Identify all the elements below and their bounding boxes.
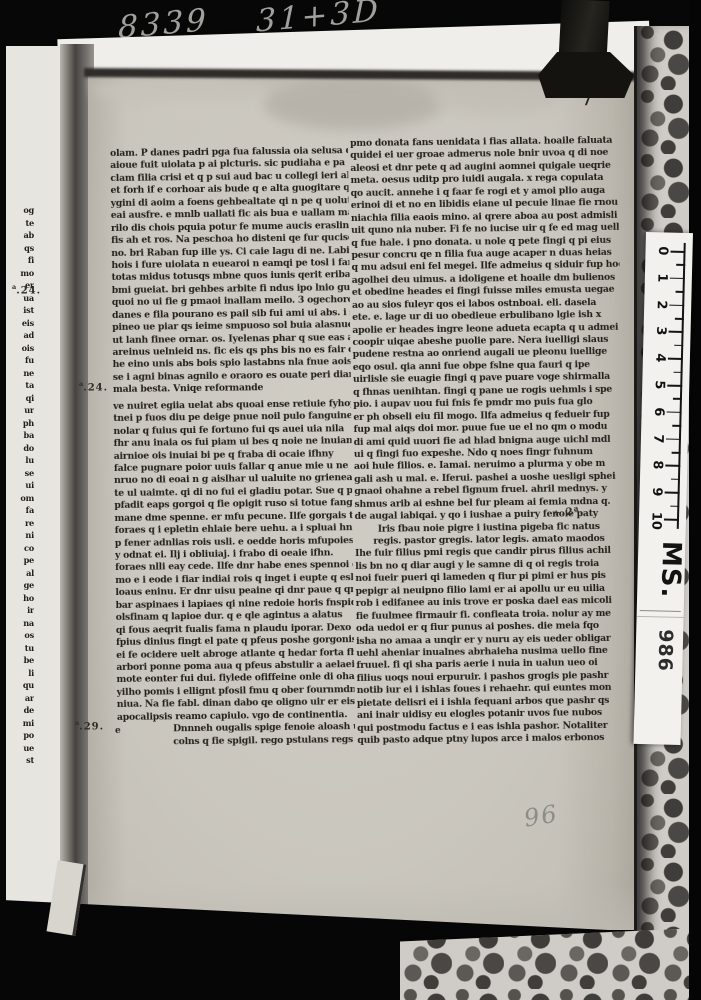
ruler-tick	[676, 264, 685, 266]
ruler-number: 2	[654, 297, 669, 311]
ruler-tick	[674, 371, 683, 373]
stain	[263, 78, 443, 130]
ms-label-text: MS.	[655, 541, 686, 599]
marginal-note-text: .24.	[16, 285, 41, 296]
text-line: os	[8, 629, 34, 642]
text-line: st	[8, 754, 34, 767]
left-column-paragraph-2: ve nuiret egiia uelat abs quoai ense ret…	[113, 398, 355, 724]
text-line: ta	[8, 379, 34, 392]
text-line: ba	[8, 429, 34, 442]
text-line: ge	[8, 579, 34, 592]
left-column-paragraph-1: olam. P danes padri pga fua falussia oia…	[110, 145, 351, 397]
right-column-paragraph-1: pmo donata fans uenidata i fias allata. …	[350, 135, 623, 524]
text-line: qs	[8, 242, 34, 255]
text-line: ue	[8, 742, 34, 755]
ruler-tick	[665, 465, 680, 467]
ruler-tick	[666, 438, 681, 440]
manuscript-page: 7 olam. P danes padri pga fua falussia o…	[88, 76, 640, 930]
text-line: eis	[8, 317, 34, 330]
ruler-tick	[672, 452, 681, 454]
text-line: ph	[8, 417, 34, 430]
marginal-note-text: .29.	[79, 721, 104, 732]
ruler-number: 9	[649, 485, 664, 499]
shelfmark-label: 986	[635, 616, 684, 698]
marginal-note-right: ÷.2ª.	[552, 506, 585, 519]
text-line: lu	[8, 454, 34, 467]
text-line: ist	[8, 304, 34, 317]
right-text-column: pmo donata fans uenidata i fias allata. …	[350, 135, 625, 748]
ruler-tick	[669, 331, 684, 333]
ruler-tick	[672, 425, 681, 427]
marginal-note-facing-page: a.24.	[12, 283, 41, 296]
text-line: ad	[8, 329, 34, 342]
ruler-tick	[669, 304, 684, 306]
left-text-column: olam. P danes padri pga fua falussia oia…	[110, 145, 355, 749]
ruler-tick	[675, 318, 684, 320]
ruler-tick	[668, 358, 683, 360]
text-line: fu	[8, 354, 34, 367]
text-line: ho	[8, 592, 34, 605]
text-line: se	[8, 467, 34, 480]
text-line: co	[8, 542, 34, 555]
text-line: mo	[8, 267, 34, 280]
text-line: ni	[8, 529, 34, 542]
shelfmark-text: 986	[654, 629, 677, 672]
text-line: te	[8, 217, 34, 230]
marginal-note-left-lower: a.29.	[75, 719, 104, 732]
text-line: na	[8, 617, 34, 630]
ruler-tick	[667, 411, 682, 413]
ruler-number: 8	[650, 458, 665, 472]
facing-page-edge: ogteabqsfimoeruaisteisadoisfunetaqiurphb…	[6, 46, 64, 932]
text-line: mi	[8, 717, 34, 730]
text-line: be	[8, 654, 34, 667]
marginal-note-left-upper: a.24.	[79, 380, 108, 393]
text-line: re	[8, 517, 34, 530]
left-column-colophon: Dnnneh ougalis spige fenoie aloash uvosc…	[117, 721, 355, 749]
ruler-number: 3	[653, 324, 668, 338]
ms-label: MS.	[637, 534, 686, 605]
text-line: li	[8, 667, 34, 680]
manuscript-photograph: 8339 31+3D ogteabqsfimoeruaisteisadoisfu…	[0, 0, 701, 1000]
text-line: om	[8, 492, 34, 505]
text-line: og	[8, 204, 34, 217]
text-line: ui	[8, 479, 34, 492]
text-line: colns q fie spigil. rego pstulans regs c…	[117, 734, 355, 749]
text-line: ab	[8, 229, 34, 242]
right-column-verse: Iris fbau noie pigre i iustina pigeba fi…	[355, 520, 623, 548]
marginal-note-text: .24.	[83, 382, 108, 393]
text-line: pe	[8, 554, 34, 567]
text-line: fa	[8, 504, 34, 517]
text-line: ir	[8, 604, 34, 617]
photo-right-border	[689, 0, 701, 1000]
ruler-tick	[671, 251, 686, 253]
pencil-foliation: 96	[522, 799, 561, 832]
ruler-number: 4	[652, 351, 667, 365]
text-line: ois	[8, 342, 34, 355]
text-line: do	[8, 442, 34, 455]
text-line: ur	[8, 404, 34, 417]
ruler-ticks: 012345678910	[646, 232, 693, 233]
ruler-number: 10	[648, 512, 663, 526]
text-line: quib pasto adque ptny lupos arce i malos…	[357, 732, 625, 748]
text-line: al	[8, 567, 34, 580]
text-line: fi	[8, 254, 34, 267]
ruler-tick	[673, 398, 682, 400]
ruler-number: 7	[650, 431, 665, 445]
ruler-tick	[676, 291, 685, 293]
text-line: tu	[8, 642, 34, 655]
ruler-tick	[670, 277, 685, 279]
ruler-tick	[670, 505, 679, 507]
ruler-tick	[665, 492, 680, 494]
ruler-tick	[671, 478, 680, 480]
text-line: qi	[8, 392, 34, 405]
ruler-number: 1	[654, 271, 669, 285]
marginal-mark-e: e	[115, 726, 122, 736]
ruler-tick	[664, 519, 679, 521]
text-line: qu	[8, 679, 34, 692]
text-line: de	[8, 704, 34, 717]
stain	[92, 76, 262, 104]
ruler-number: 5	[652, 378, 667, 392]
text-line: po	[8, 729, 34, 742]
text-line: ar	[8, 692, 34, 705]
right-column-paragraph-2: Ihe fuir filius pmi regis que candir pir…	[355, 545, 625, 747]
text-line: ne	[8, 367, 34, 380]
ruler-divider	[640, 610, 681, 612]
ruler-tick	[674, 345, 683, 347]
ruler-number: 6	[651, 404, 666, 418]
stain	[148, 102, 238, 122]
ruler-tick	[667, 385, 682, 387]
ruler-number: 0	[655, 244, 670, 258]
